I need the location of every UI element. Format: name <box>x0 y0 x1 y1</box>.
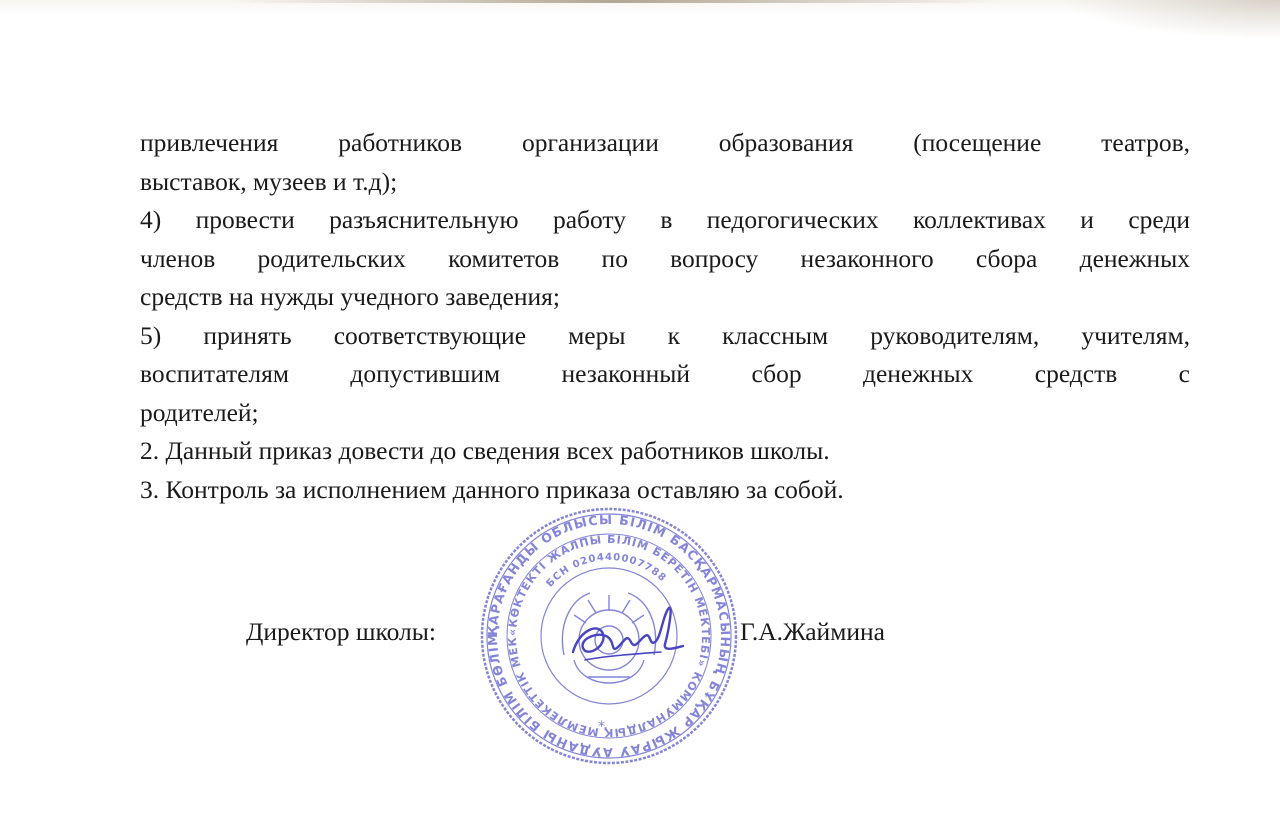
text-line-1: привлечения работников организации образ… <box>140 124 1190 163</box>
text-line-item-4: 4) провести разъяснительную работу в пед… <box>140 201 1190 240</box>
text-line-item-5: 5) принять соответствующие меры к классн… <box>140 317 1190 356</box>
signer-role: Директор школы: <box>246 617 436 647</box>
document-page: привлечения работников организации образ… <box>0 0 1280 831</box>
document-body: привлечения работников организации образ… <box>140 124 1190 509</box>
text-line-point-2: 2. Данный приказ довести до сведения все… <box>140 432 1190 471</box>
handwritten-signature-icon <box>565 600 695 675</box>
svg-text:*: * <box>598 719 605 735</box>
text-line-7: воспитателям допустившим незаконный сбор… <box>140 355 1190 394</box>
paper-top-edge <box>230 0 1000 3</box>
paper-corner-shadow <box>1060 0 1280 40</box>
signer-name: Г.А.Жаймина <box>740 617 885 647</box>
text-line-point-3: 3. Контроль за исполнением данного прика… <box>140 471 1190 510</box>
text-line-8: родителей; <box>140 394 1190 433</box>
text-line-5: средств на нужды учедного заведения; <box>140 278 1190 317</box>
text-line-2: выставок, музеев и т.д); <box>140 163 1190 202</box>
text-line-4: членов родительских комитетов по вопросу… <box>140 240 1190 279</box>
